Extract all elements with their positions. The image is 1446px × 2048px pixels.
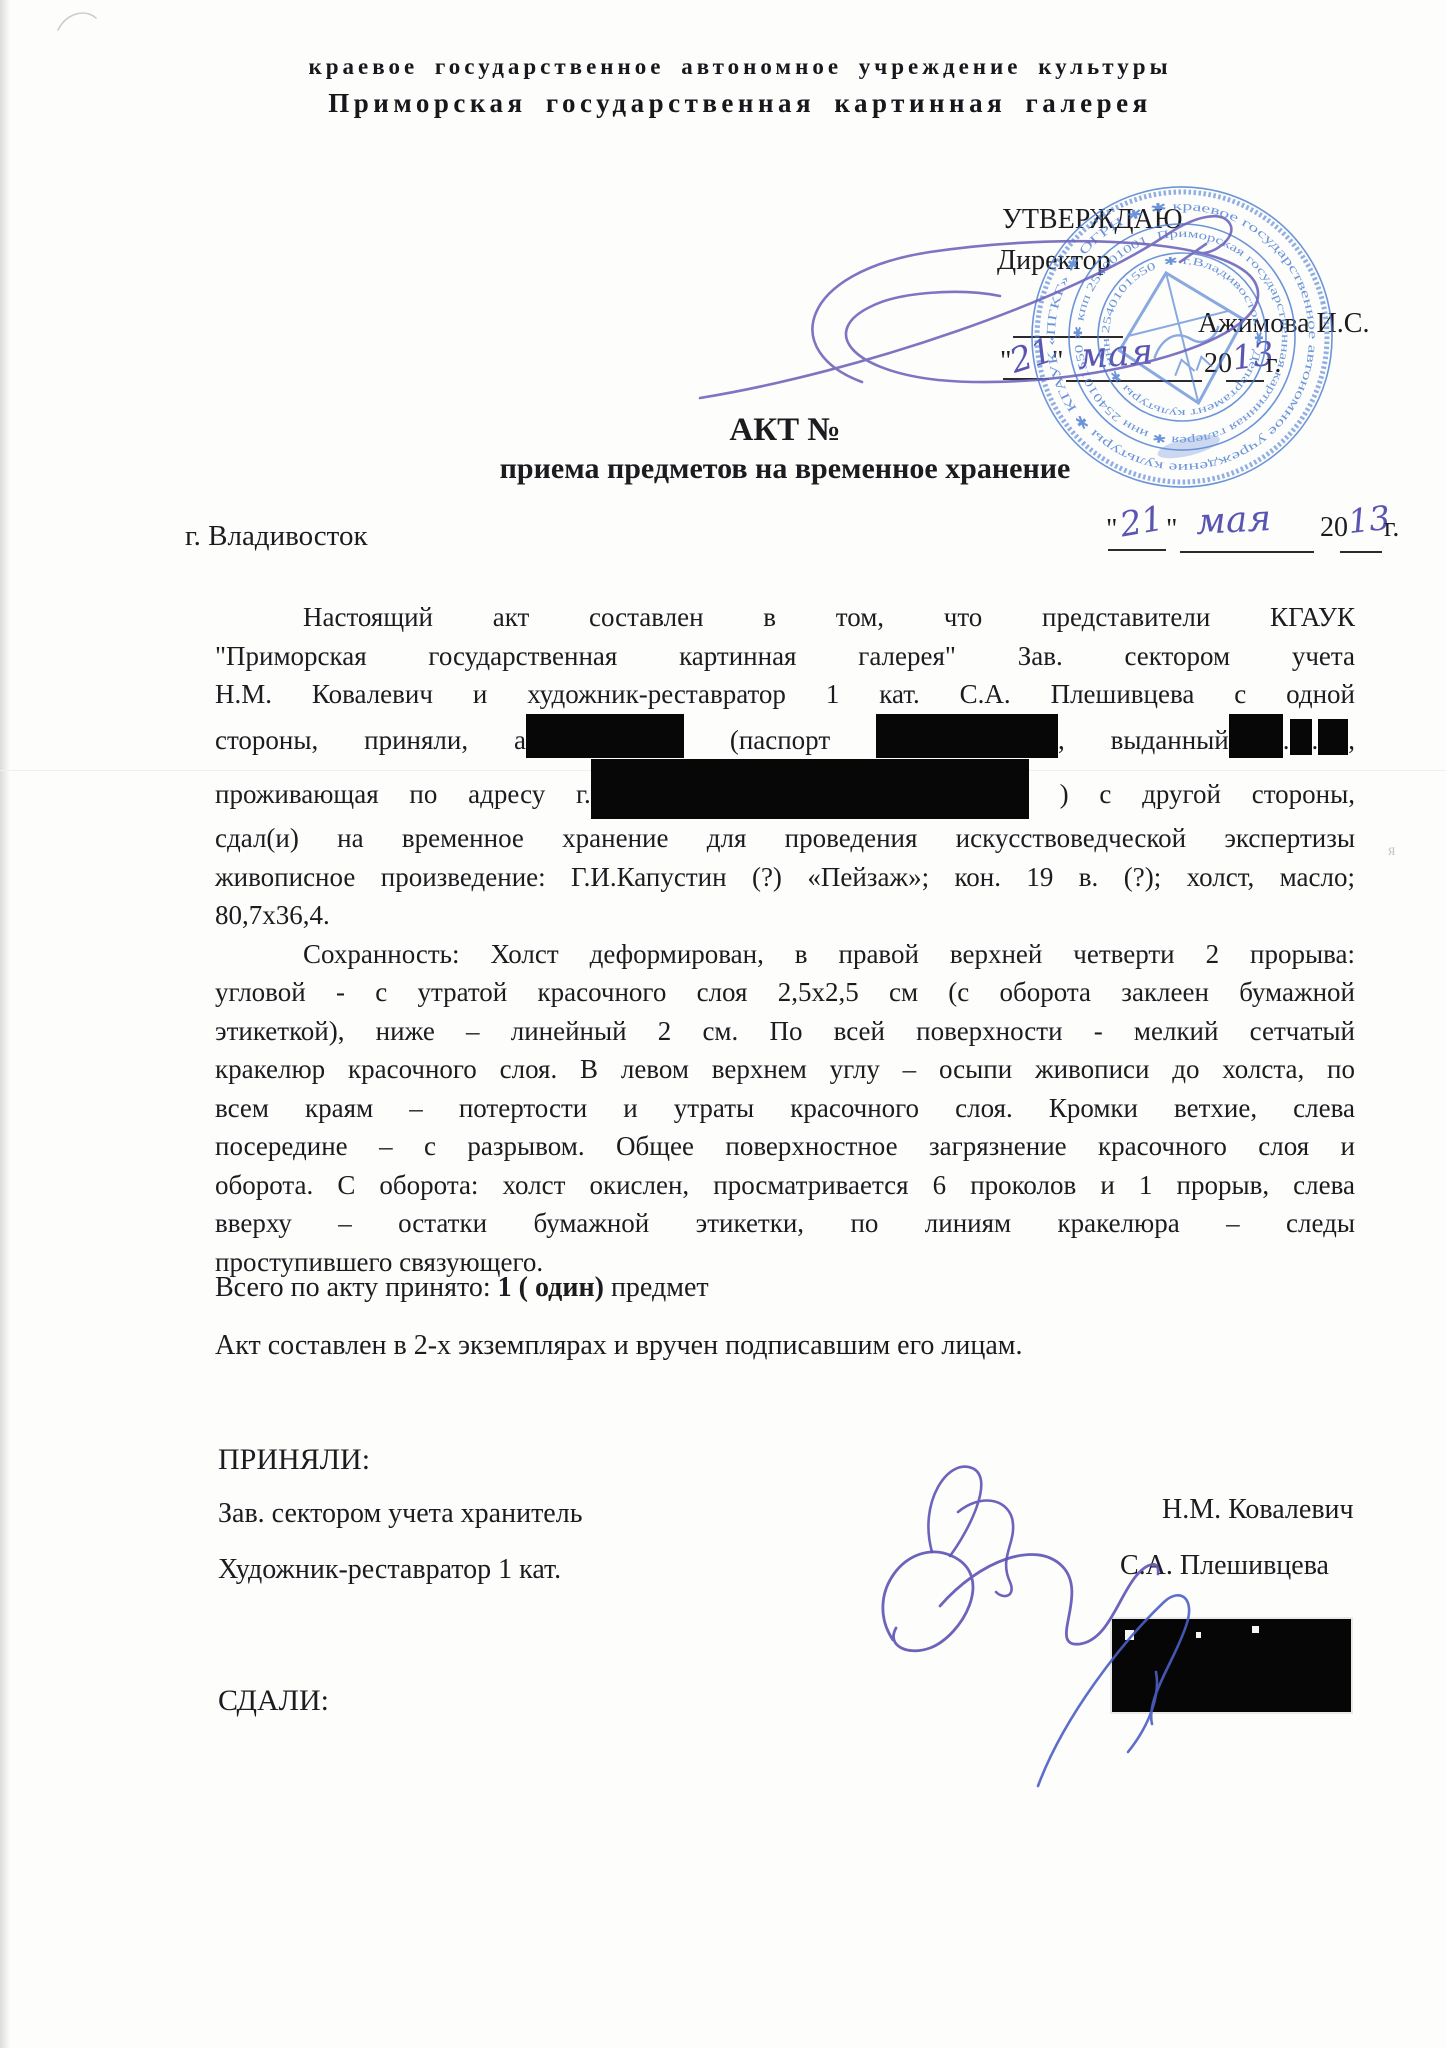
body-line: "Приморская государственная картинная га… <box>215 637 1355 676</box>
total-line: Всего по акту принято: 1 ( один) предмет <box>215 1272 709 1304</box>
body-line: угловой - с утратой красочного слоя 2,5х… <box>215 973 1355 1012</box>
redaction-speck <box>1125 1630 1134 1640</box>
date-quote-open: " <box>1106 514 1117 546</box>
date-day-handwritten: 21 <box>1117 499 1167 546</box>
signer-role: Художник-реставратор 1 кат. <box>218 1554 561 1586</box>
body-line: вверху – остатки бумажной этикетки, по л… <box>215 1204 1355 1243</box>
redaction-speck <box>1252 1626 1259 1633</box>
date-underline-month <box>1180 551 1314 553</box>
body-line: посередине – с разрывом. Общее поверхнос… <box>215 1127 1355 1166</box>
body-line: этикеткой), ниже – линейный 2 см. По все… <box>215 1012 1355 1051</box>
redaction-box <box>591 759 1029 819</box>
given-label: СДАЛИ: <box>218 1684 329 1718</box>
date-year-suffix: г. <box>1384 512 1399 544</box>
body-line: проживающая по адресу г. ) с другой стор… <box>215 759 1355 819</box>
body-line: сдал(и) на временное хранение для провед… <box>215 819 1355 858</box>
redaction-box <box>526 714 684 758</box>
body-lines: Настоящий акт составлен в том, что предс… <box>215 598 1355 1281</box>
signer-role: Зав. сектором учета хранитель <box>218 1498 582 1530</box>
redaction-box <box>1229 714 1283 758</box>
act-subtitle: приема предметов на временное хранение <box>215 452 1355 486</box>
org-name-header: Приморская государственная картинная гал… <box>150 88 1330 119</box>
body-line: кракелюр красочного слоя. В левом верхне… <box>215 1050 1355 1089</box>
redaction-box <box>1290 719 1312 755</box>
total-suffix: предмет <box>604 1272 709 1303</box>
redaction-box <box>876 714 1058 758</box>
body-line: Н.М. Ковалевич и художник-реставратор 1 … <box>215 675 1355 714</box>
act-title: АКТ № <box>215 412 1355 449</box>
redaction-box-large <box>1112 1619 1351 1712</box>
signer-name: С.А. Плешивцева <box>1120 1550 1329 1582</box>
received-label: ПРИНЯЛИ: <box>218 1443 370 1477</box>
date-quote-close: " <box>1166 514 1177 546</box>
pencil-mark <box>58 13 96 30</box>
redaction-speck <box>1196 1632 1201 1638</box>
copies-line: Акт составлен в 2-х экземплярах и вручен… <box>215 1330 1022 1362</box>
city-label: г. Владивосток <box>185 520 368 553</box>
body-line: всем краям – потертости и утраты красочн… <box>215 1089 1355 1128</box>
date-year-printed: 20 <box>1320 512 1348 544</box>
org-type-header: краевое государственное автономное учреж… <box>150 54 1330 80</box>
body-line: Настоящий акт составлен в том, что предс… <box>215 598 1355 637</box>
body-line: Сохранность: Холст деформирован, в право… <box>215 935 1355 974</box>
date-month-handwritten: мая <box>1195 498 1272 543</box>
total-prefix: Всего по акту принято: <box>215 1272 498 1303</box>
date-underline-day <box>1108 549 1166 551</box>
scan-left-shadow <box>0 0 10 2048</box>
scan-artifact: я <box>1388 842 1395 860</box>
kovalevich-signature <box>928 1467 1013 1597</box>
total-count: 1 ( один) <box>498 1272 604 1303</box>
document-page: краевое государственное автономное учреж… <box>0 0 1446 2048</box>
body-line: оборота. С оборота: холст окислен, просм… <box>215 1166 1355 1205</box>
signer-name: Н.М. Ковалевич <box>1162 1494 1354 1526</box>
date-underline-year <box>1340 551 1382 553</box>
body-line: 80,7х36,4. <box>215 896 1355 935</box>
redaction-box <box>1318 719 1348 755</box>
body-line: живописное произведение: Г.И.Капустин (?… <box>215 858 1355 897</box>
body-line: стороны, приняли, а (паспорт , выданный.… <box>215 714 1355 760</box>
